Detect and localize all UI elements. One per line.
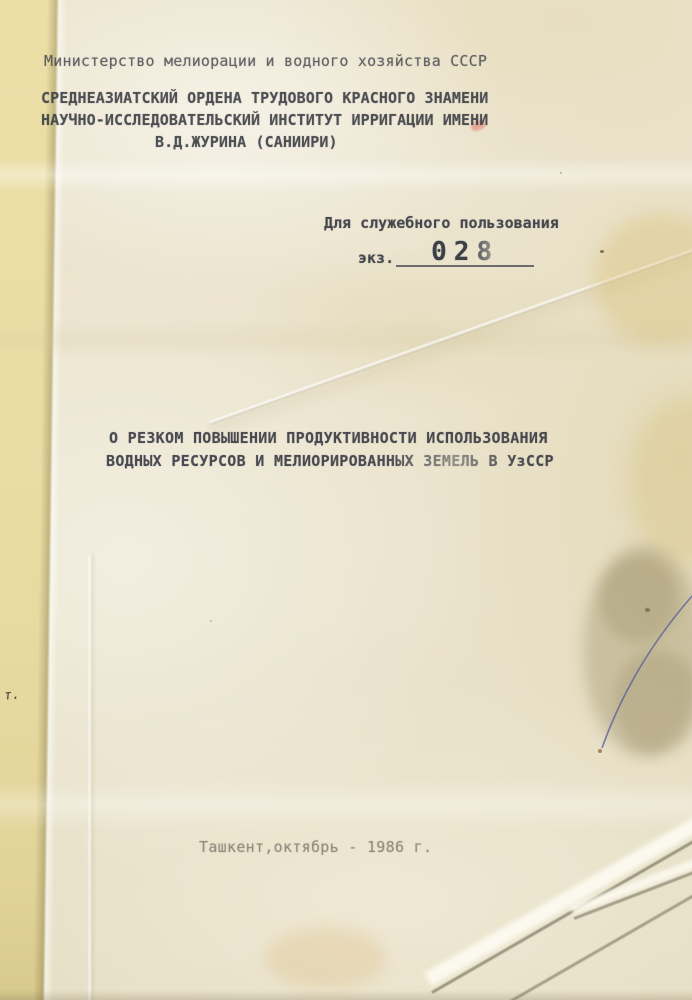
institute-name-line-3: В.Д.ЖУРИНА (САНИИРИ) <box>155 133 338 151</box>
copy-number-stamp: 028 <box>431 237 499 267</box>
vertical-crease <box>88 555 91 1000</box>
scanned-document: Министерство мелиорации и водного хозяйс… <box>0 0 692 1000</box>
handwritten-margin-mark: т. <box>3 687 20 704</box>
institute-name-line-1: СРЕДНЕАЗИАТСКИЙ ОРДЕНА ТРУДОВОГО КРАСНОГ… <box>41 89 488 107</box>
ministry-line: Министерство мелиорации и водного хозяйс… <box>44 52 487 70</box>
document-title-line-2: ВОДНЫХ РЕСУРСОВ И МЕЛИОРИРОВАННЫХ ЗЕМЕЛЬ… <box>106 452 554 470</box>
bottom-edge-shadow <box>0 990 692 1000</box>
restriction-stamp: Для служебного пользования <box>324 214 559 232</box>
institute-name-line-2: НАУЧНО-ИССЛЕДОВАТЕЛЬСКИЙ ИНСТИТУТ ИРРИГА… <box>41 111 488 129</box>
paper-speck <box>600 250 604 253</box>
imprint-city-year: Ташкент,октябрь - 1986 г. <box>199 838 432 856</box>
paper-speck <box>560 172 562 174</box>
document-title-line-1: О РЕЗКОМ ПОВЫШЕНИИ ПРОДУКТИВНОСТИ ИСПОЛЬ… <box>109 429 548 447</box>
paper-speck <box>210 620 212 622</box>
paper-speck <box>645 608 650 612</box>
copy-number-underline: 028 <box>396 240 534 267</box>
copy-number-row: экз. 028 <box>358 240 534 267</box>
copy-label: экз. <box>358 249 394 267</box>
